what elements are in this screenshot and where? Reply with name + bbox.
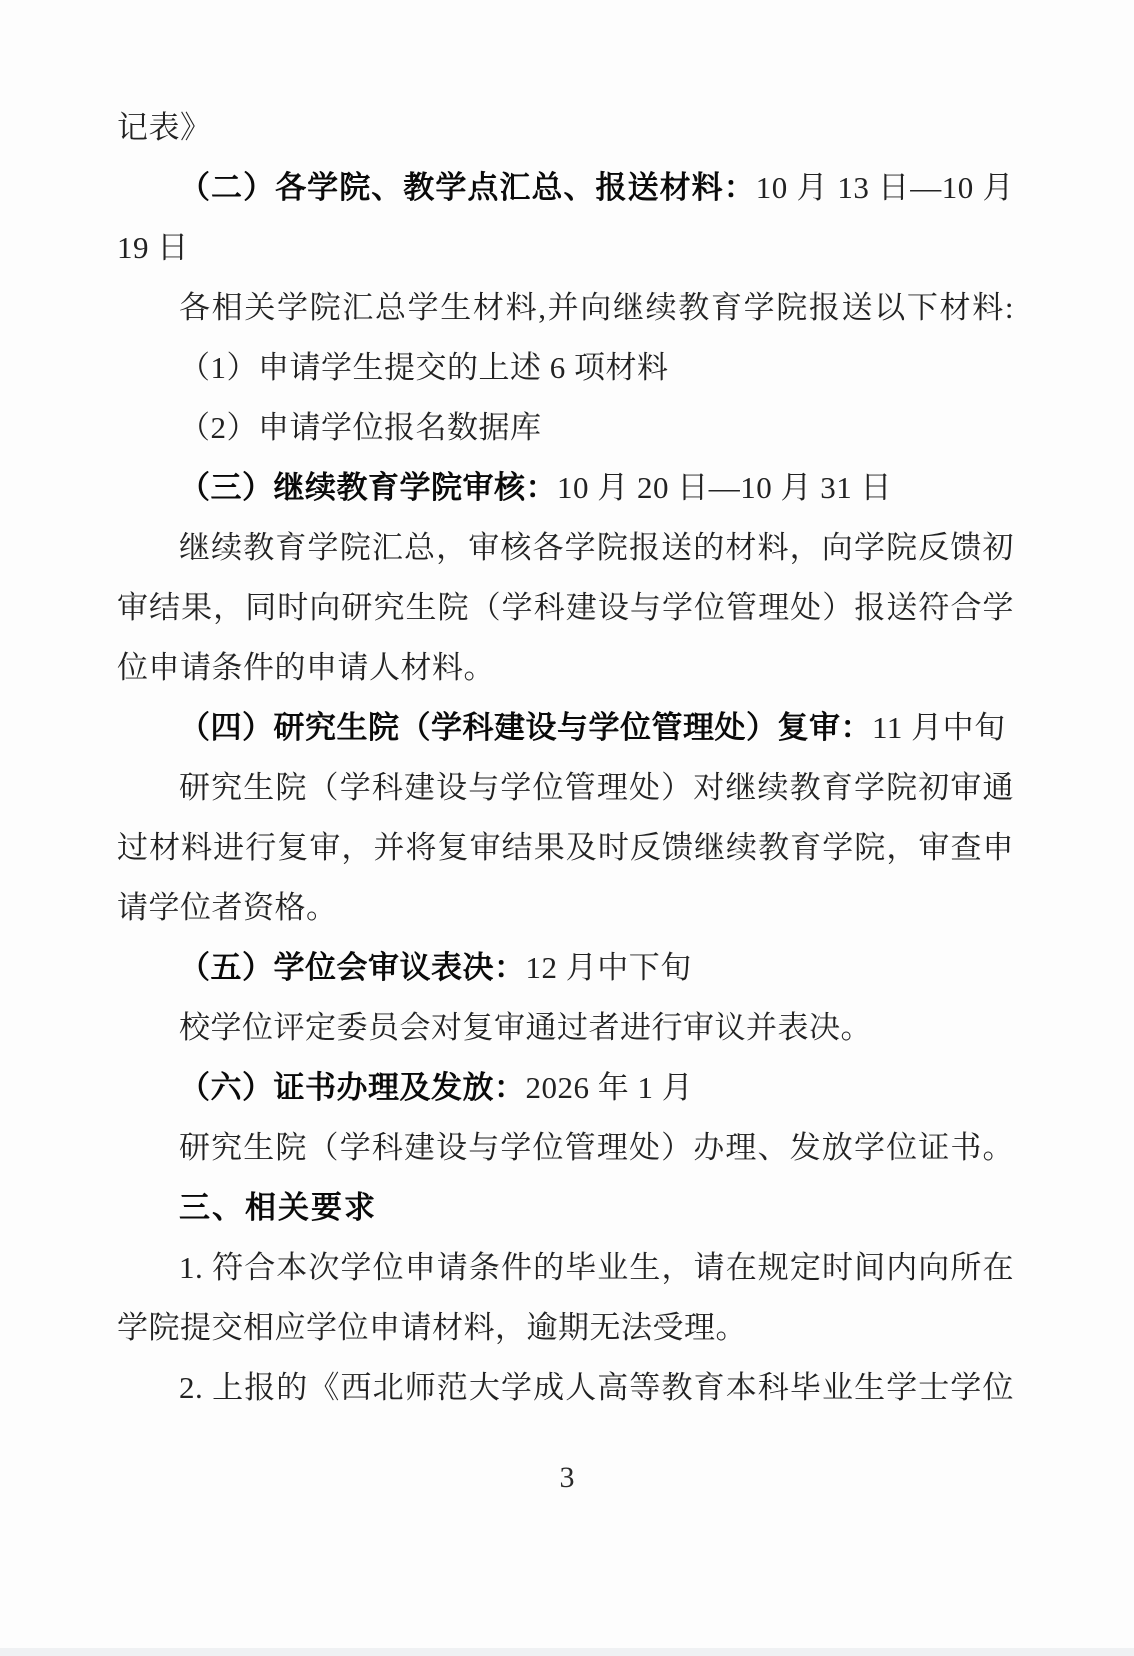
body-text: 请学位者资格。 [117, 890, 338, 925]
item-4-body-line-2: 过材料进行复审，并将复审结果及时反馈继续教育学院，审查申 [117, 818, 1014, 878]
body-text: 2026 年 1 月 [526, 1070, 694, 1105]
body-text: 10 月 20 日—10 月 31 日 [557, 470, 892, 505]
body-text: 审结果，同时向研究生院（学科建设与学位管理处）报送符合学 [117, 590, 1014, 625]
body-text: 2. 上报的《西北师范大学成人高等教育本科毕业生学士学位 [179, 1370, 1014, 1405]
item-5-heading-line: （五）学位会审议表决：12 月中下旬 [117, 938, 1014, 998]
item-5-body-line: 校学位评定委员会对复审通过者进行审议并表决。 [117, 998, 1014, 1058]
requirement-2-line-1: 2. 上报的《西北师范大学成人高等教育本科毕业生学士学位 [117, 1358, 1014, 1418]
item-4-heading-line: （四）研究生院（学科建设与学位管理处）复审：11 月中旬 [117, 698, 1014, 758]
material-item-1-line: （1）申请学生提交的上述 6 项材料 [117, 338, 1014, 398]
heading-text: （三）继续教育学院审核： [179, 470, 557, 505]
body-text: 过材料进行复审，并将复审结果及时反馈继续教育学院，审查申 [117, 830, 1014, 865]
body-text: 位申请条件的申请人材料。 [117, 650, 495, 685]
body-text: （1）申请学生提交的上述 6 项材料 [179, 350, 669, 385]
page-number: 3 [0, 1448, 1134, 1508]
heading-text: （二）各学院、教学点汇总、报送材料： [179, 170, 756, 205]
continuation-line: 记表》 [117, 98, 1014, 158]
heading-text: （四）研究生院（学科建设与学位管理处）复审： [179, 710, 872, 745]
item-4-body-line-1: 研究生院（学科建设与学位管理处）对继续教育学院初审通 [117, 758, 1014, 818]
body-text: 19 日 [117, 230, 189, 265]
body-text: 12 月中下旬 [526, 950, 692, 985]
item-2-heading-line: （二）各学院、教学点汇总、报送材料：10 月 13 日—10 月 [117, 158, 1014, 218]
item-6-heading-line: （六）证书办理及发放：2026 年 1 月 [117, 1058, 1014, 1118]
requirement-1-line-2: 学院提交相应学位申请材料，逾期无法受理。 [117, 1298, 1014, 1358]
section-3-heading-line: 三、相关要求 [117, 1178, 1014, 1238]
material-item-2-line: （2）申请学位报名数据库 [117, 398, 1014, 458]
body-text: 校学位评定委员会对复审通过者进行审议并表决。 [179, 1010, 872, 1045]
item-3-heading-line: （三）继续教育学院审核：10 月 20 日—10 月 31 日 [117, 458, 1014, 518]
heading-text: （五）学位会审议表决： [179, 950, 526, 985]
heading-text: 三、相关要求 [179, 1190, 377, 1225]
body-text: 研究生院（学科建设与学位管理处）对继续教育学院初审通 [179, 770, 1014, 805]
page-bottom-edge [0, 1648, 1134, 1656]
requirement-1-line-1: 1. 符合本次学位申请条件的毕业生，请在规定时间内向所在 [117, 1238, 1014, 1298]
body-text: 记表》 [117, 110, 212, 145]
document-body: 记表》 （二）各学院、教学点汇总、报送材料：10 月 13 日—10 月 19 … [117, 98, 1014, 1418]
submit-intro-line: 各相关学院汇总学生材料,并向继续教育学院报送以下材料: [117, 278, 1014, 338]
item-3-body-line-2: 审结果，同时向研究生院（学科建设与学位管理处）报送符合学 [117, 578, 1014, 638]
body-text: 1. 符合本次学位申请条件的毕业生，请在规定时间内向所在 [179, 1250, 1014, 1285]
body-text: 学院提交相应学位申请材料，逾期无法受理。 [117, 1310, 747, 1345]
item-3-body-line-3: 位申请条件的申请人材料。 [117, 638, 1014, 698]
heading-text: （六）证书办理及发放： [179, 1070, 526, 1105]
item-2-heading-wrap-line: 19 日 [117, 218, 1014, 278]
item-3-body-line-1: 继续教育学院汇总，审核各学院报送的材料，向学院反馈初 [117, 518, 1014, 578]
body-text: （2）申请学位报名数据库 [179, 410, 542, 445]
item-4-body-line-3: 请学位者资格。 [117, 878, 1014, 938]
body-text: 继续教育学院汇总，审核各学院报送的材料，向学院反馈初 [179, 530, 1014, 565]
document-page: 记表》 （二）各学院、教学点汇总、报送材料：10 月 13 日—10 月 19 … [0, 0, 1134, 1656]
item-6-body-line: 研究生院（学科建设与学位管理处）办理、发放学位证书。 [117, 1118, 1014, 1178]
body-text: 研究生院（学科建设与学位管理处）办理、发放学位证书。 [179, 1130, 1014, 1165]
body-text: 各相关学院汇总学生材料,并向继续教育学院报送以下材料: [179, 290, 1014, 325]
body-text: 11 月中旬 [872, 710, 1006, 745]
body-text: 10 月 13 日—10 月 [756, 170, 1014, 205]
